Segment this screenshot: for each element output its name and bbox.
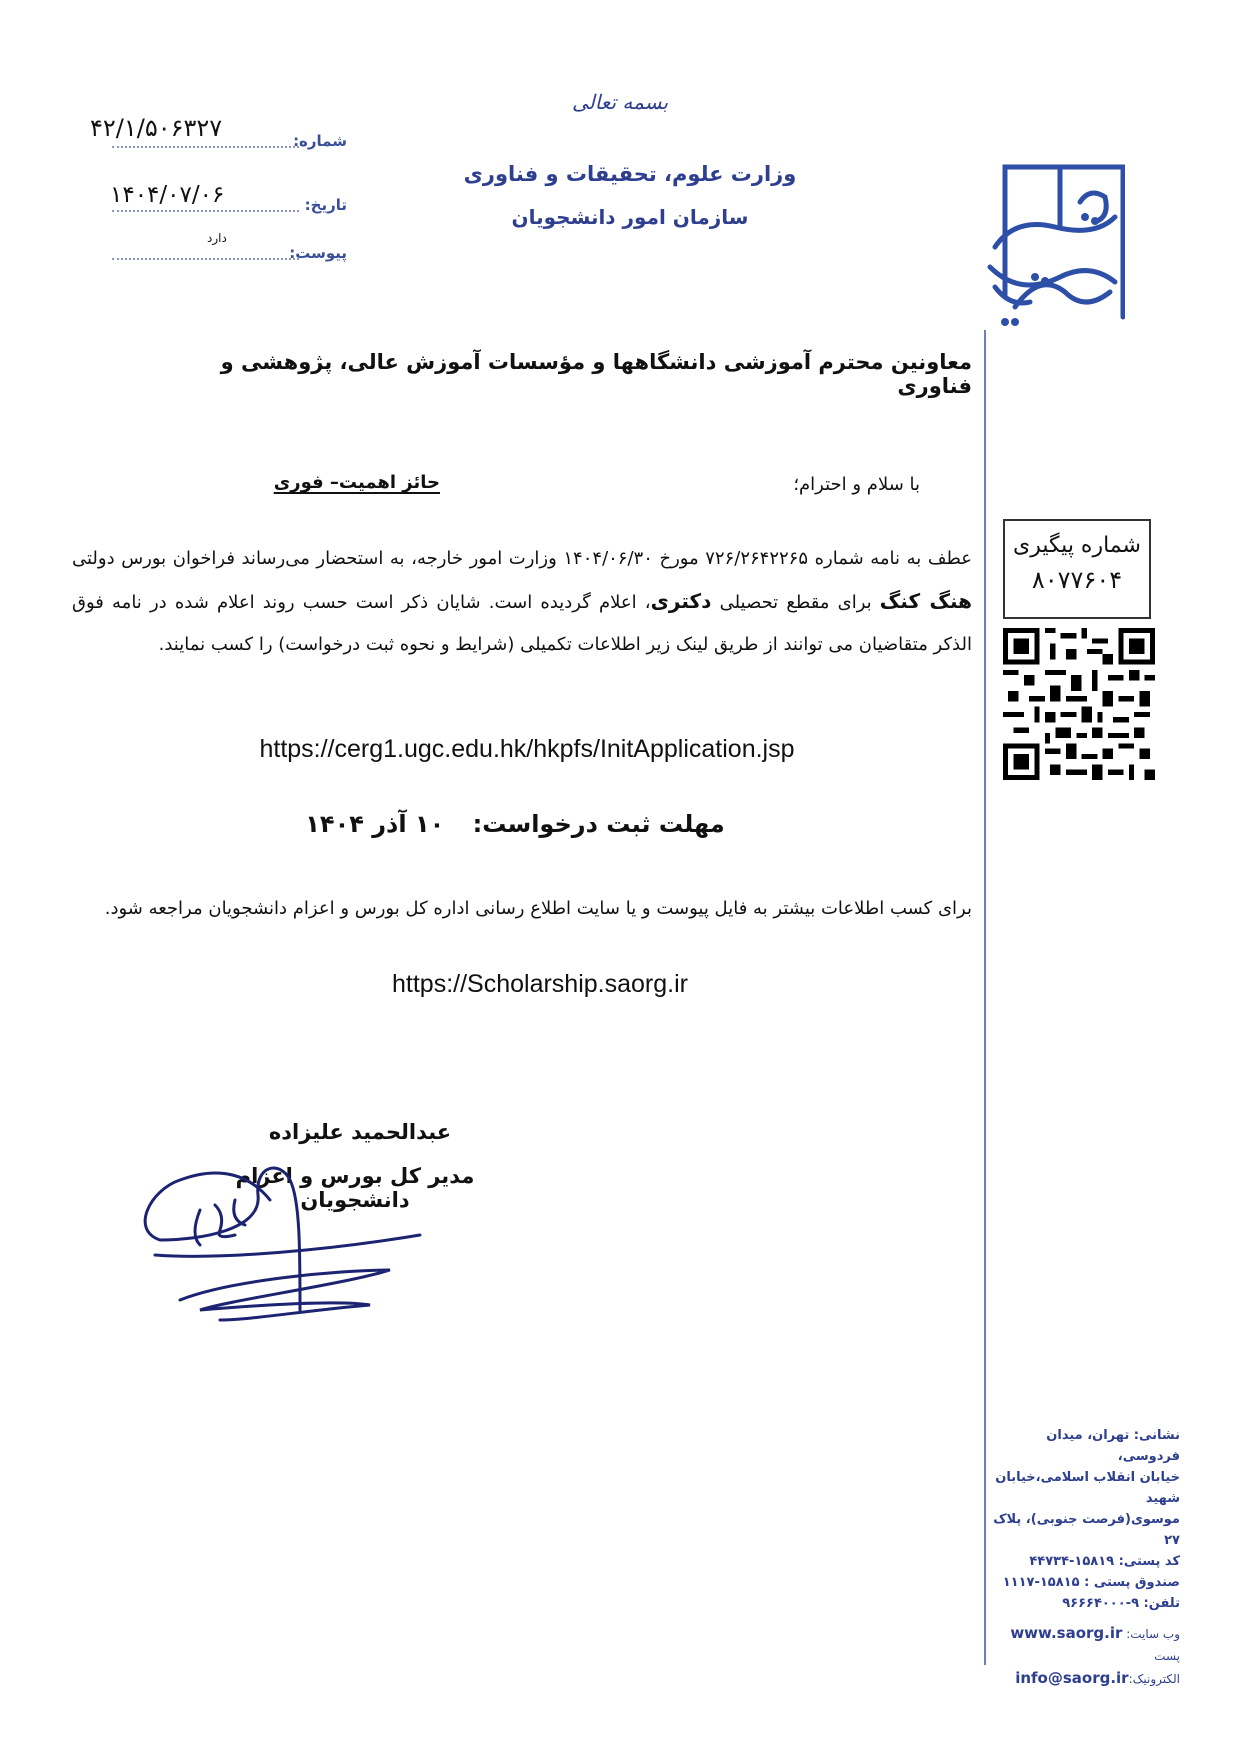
dotted-line (112, 258, 299, 260)
body-text-part: برای مقطع تحصیلی (711, 592, 879, 613)
address-line: خیابان انقلاب اسلامی،خیابان شهید (990, 1467, 1180, 1509)
body-text-part: عطف به نامه شماره ۷۲۶/۲۶۴۲۲۶۵ مورخ ۱۴۰۴/… (72, 548, 972, 569)
po-box-line: صندوق پستی : ۱۵۸۱۵-۱۱۱۷ (990, 1572, 1180, 1593)
body-paragraph: عطف به نامه شماره ۷۲۶/۲۶۴۲۲۶۵ مورخ ۱۴۰۴/… (72, 538, 972, 666)
attachment-label: پیوست: (289, 244, 347, 262)
website-label: وب سایت: (1126, 1627, 1180, 1641)
website-link[interactable]: www.saorg.ir (1010, 1624, 1122, 1642)
letter-number-value: ۴۲/۱/۵۰۶۳۲۷ (90, 114, 222, 142)
handwritten-signature (140, 1160, 440, 1330)
dotted-line (112, 146, 299, 148)
letter-number-label: شماره: (293, 132, 347, 150)
deadline-label: مهلت ثبت درخواست: (473, 810, 725, 838)
tracking-label: شماره پیگیری (1005, 533, 1149, 558)
postal-code-line: کد پستی: ۱۵۸۱۹-۴۴۷۳۴ (990, 1551, 1180, 1572)
tracking-number: ۸۰۷۷۶۰۴ (1005, 566, 1149, 594)
email-row: پست الکترونیک:info@saorg.ir (990, 1645, 1180, 1690)
email-label: پست الکترونیک: (1129, 1649, 1180, 1686)
dotted-line (112, 210, 299, 212)
ministry-name: وزارت علوم، تحقیقات و فناوری (460, 162, 800, 186)
addressee: معاونین محترم آموزشی دانشگاهها و مؤسسات … (212, 350, 972, 398)
vertical-divider (984, 330, 986, 1665)
degree-highlight: دکتری (651, 589, 712, 613)
letter-date-row: تاریخ: ۱۴۰۴/۰۷/۰۶ (112, 186, 347, 216)
qr-code (1003, 628, 1155, 780)
attachment-value: دارد (207, 231, 227, 245)
signature-icon (140, 1160, 440, 1330)
signatory-name: عبدالحمید علیزاده (230, 1120, 490, 1144)
website-row: وب سایت: www.saorg.ir (990, 1622, 1180, 1645)
address-line: موسوی(فرصت جنوبی)، پلاک ۲۷ (990, 1509, 1180, 1551)
greeting: با سلام و احترام؛ (793, 474, 920, 495)
organization-logo (975, 157, 1125, 327)
deadline-value: ۱۰ آذر ۱۴۰۴ (305, 810, 444, 838)
application-link[interactable]: https://cerg1.ugc.edu.hk/hkpfs/InitAppli… (232, 735, 822, 764)
scholarship-link[interactable]: https://Scholarship.saorg.ir (340, 970, 740, 999)
basmala: بسمه تعالی (560, 90, 680, 114)
attachment-row: پیوست: دارد (112, 234, 347, 264)
tracking-number-box: شماره پیگیری ۸۰۷۷۶۰۴ (1003, 519, 1151, 619)
letter-date-label: تاریخ: (305, 196, 347, 214)
more-info-paragraph: برای کسب اطلاعات بیشتر به فایل پیوست و ی… (72, 888, 972, 930)
footer-address: نشانی: تهران، میدان فردوسی، خیابان انقلا… (990, 1425, 1180, 1614)
phone-line: تلفن: ۹-۹۶۶۶۴۰۰۰ (990, 1593, 1180, 1614)
organization-name: سازمان امور دانشجویان (460, 205, 800, 229)
qr-code-icon (1003, 628, 1155, 780)
country-highlight: هنگ کنگ (880, 589, 972, 613)
email-link[interactable]: info@saorg.ir (1015, 1669, 1128, 1687)
urgency-label: حائز اهمیت– فوری (274, 472, 440, 493)
logo-calligraphy-icon (975, 157, 1125, 327)
deadline: مهلت ثبت درخواست: ۱۰ آذر ۱۴۰۴ (300, 810, 730, 838)
address-line: نشانی: تهران، میدان فردوسی، (990, 1425, 1180, 1467)
letter-number-row: شماره: ۴۲/۱/۵۰۶۳۲۷ (112, 122, 347, 152)
footer-contact: وب سایت: www.saorg.ir پست الکترونیک:info… (990, 1622, 1180, 1690)
letter-date-value: ۱۴۰۴/۰۷/۰۶ (110, 182, 224, 208)
